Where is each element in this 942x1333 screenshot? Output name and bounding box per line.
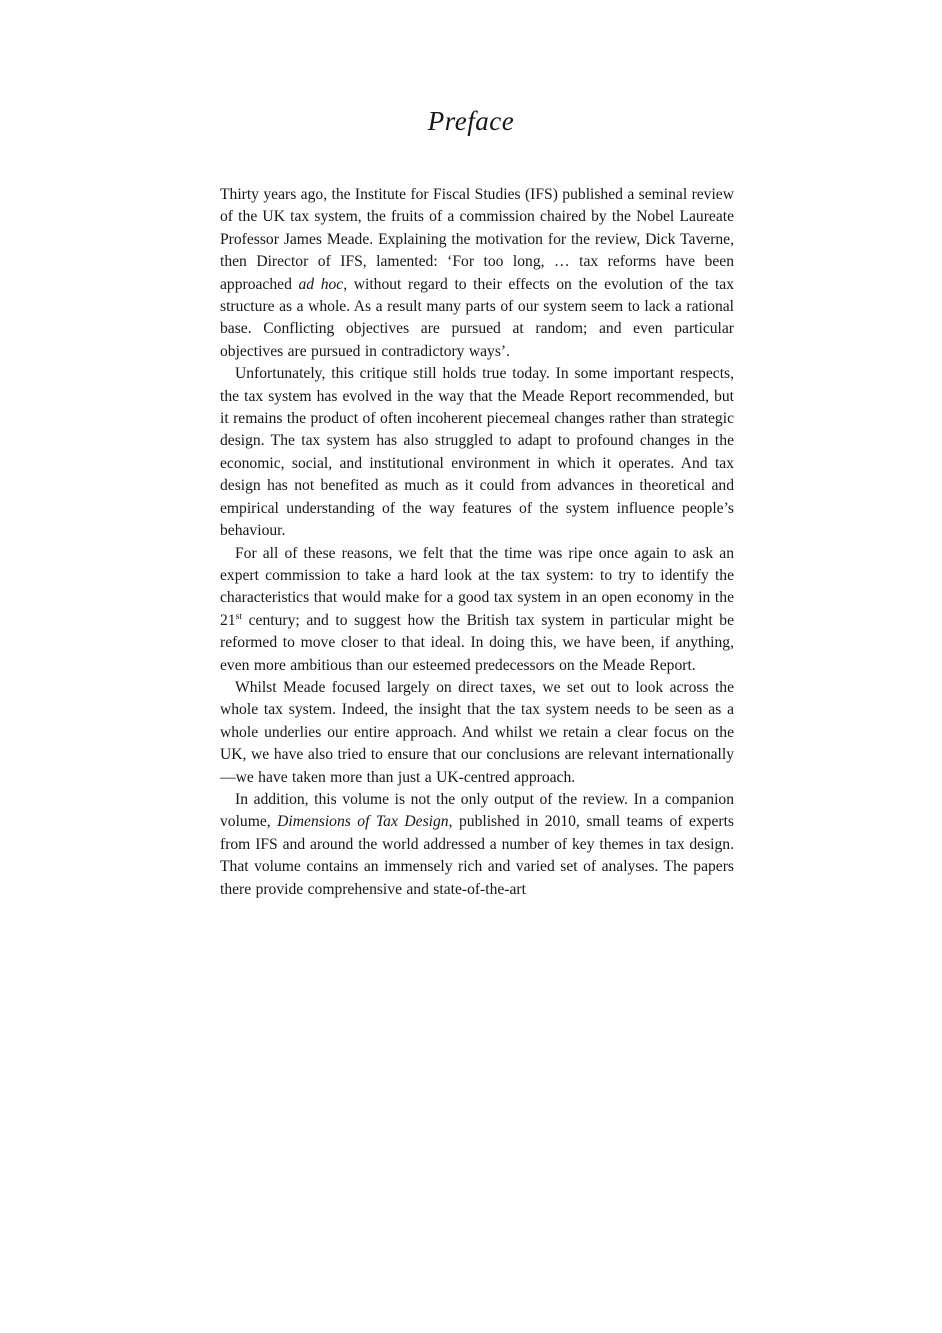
text-segment: Whilst Meade focused largely on direct t… bbox=[220, 679, 734, 786]
text-segment: ad hoc bbox=[298, 276, 343, 293]
paragraph: Thirty years ago, the Institute for Fisc… bbox=[220, 184, 734, 363]
text-segment: century; and to suggest how the British … bbox=[220, 612, 734, 674]
text-segment: Dimensions of Tax Design bbox=[277, 813, 448, 830]
preface-body: Thirty years ago, the Institute for Fisc… bbox=[220, 184, 734, 901]
paragraph: In addition, this volume is not the only… bbox=[220, 789, 734, 901]
book-page: Preface Thirty years ago, the Institute … bbox=[0, 0, 942, 1333]
paragraph: Unfortunately, this critique still holds… bbox=[220, 363, 734, 542]
paragraph: For all of these reasons, we felt that t… bbox=[220, 543, 734, 677]
page-title: Preface bbox=[0, 106, 942, 137]
text-segment: Unfortunately, this critique still holds… bbox=[220, 365, 734, 539]
paragraph: Whilst Meade focused largely on direct t… bbox=[220, 677, 734, 789]
